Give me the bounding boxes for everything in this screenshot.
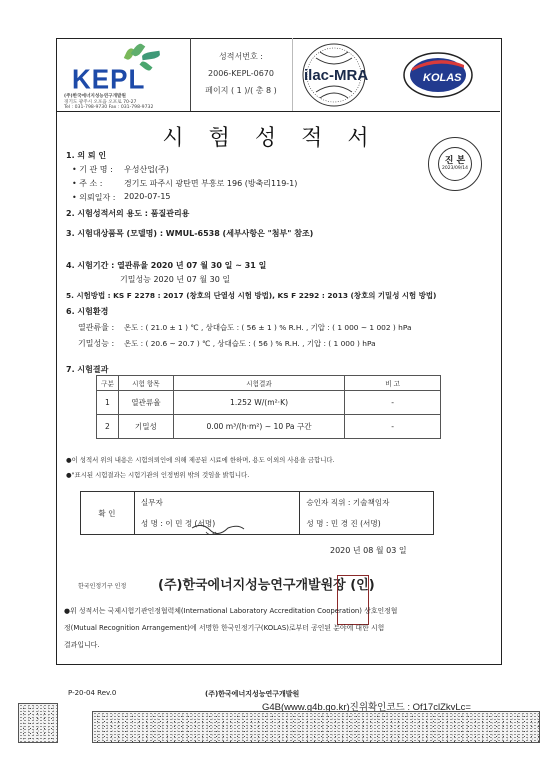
client-org-value: 우성산업(주): [124, 164, 169, 175]
col-header-remark: 비 고: [345, 376, 441, 391]
cert-number: 2006-KEPL-0670: [190, 65, 292, 82]
approver-role: 승인자 직위 : 기술책임자: [300, 492, 434, 514]
mra-note-line-2: 정(Mutual Recognition Arrangement)에 서명한 한…: [64, 622, 384, 632]
cell-item: 열관류율: [118, 391, 173, 415]
svg-text:KOLAS: KOLAS: [423, 72, 462, 84]
note-1: ●이 성적서 위의 내용은 시험의뢰인에 의해 제공된 시료에 한하며, 용도 …: [66, 455, 335, 464]
table-row: 2 기밀성 0.00 m³/(h·m²) ~ 10 Pa 구간 -: [97, 415, 441, 439]
cell-remark: -: [345, 391, 441, 415]
section-4-period: 4. 시험기간 : 열관류율 2020 년 07 월 30 일 ~ 31 일: [66, 260, 266, 271]
cell-no: 1: [97, 391, 119, 415]
env-row-2-value: 온도 : ( 20.6 ~ 20.7 ) ℃ , 상대습도 : ( 56 ) %…: [124, 338, 376, 349]
col-header-result: 시험결과: [173, 376, 345, 391]
col-header-item: 시험 항목: [118, 376, 173, 391]
issue-date: 2020 년 08 월 03 일: [330, 545, 407, 556]
2d-barcode: [92, 711, 540, 743]
cert-number-block: 성적서번호 : 2006-KEPL-0670 페이지 ( 1 )/( 총 8 ): [190, 38, 293, 111]
mra-note-line-3: 결과입니다.: [64, 639, 99, 649]
ilac-mra-logo: ilac-MRA: [292, 38, 396, 111]
client-address-value: 경기도 파주시 광탄면 부흥로 196 (방축리119-1): [124, 178, 297, 189]
section-2-purpose: 2. 시험성적서의 용도 : 품질관리용: [66, 208, 189, 219]
form-code: P-20-04 Rev.0: [68, 689, 116, 697]
org-contact-small: Tel : 031-798-9730 Fax : 031-798-9732: [64, 105, 153, 110]
leaf-icon: [142, 51, 161, 60]
note-2: ●"표시된 시험결과는 시험기관의 인정범위 밖의 것임을 밝힙니다.: [66, 470, 249, 479]
page-info: 페이지 ( 1 )/( 총 8 ): [190, 82, 292, 99]
section-6-label: 6. 시험환경: [66, 306, 108, 317]
section-1-label: 1. 의 뢰 인: [66, 150, 106, 161]
section-5-method: 5. 시험방법 : KS F 2278 : 2017 (창호의 단열성 시험 방…: [66, 290, 436, 301]
accreditation-label: 한국인정기구 인정: [78, 581, 126, 590]
kepl-logo-block: KEPL (주)한국에너지성능연구개발원 경기도 광주시 오포읍 오포로 70-…: [56, 38, 191, 111]
section-7-label: 7. 시험결과: [66, 364, 108, 375]
official-seal: [337, 575, 369, 625]
results-table: 구분 시험 항목 시험결과 비 고 1 열관류율 1.252 W/(m²·K) …: [96, 375, 441, 439]
env-row-1-label: 열관류율 :: [78, 322, 114, 333]
kepl-logo-text: KEPL: [72, 63, 145, 96]
section-4-period-airtight: 기밀성능 2020 년 07 월 30 일: [120, 274, 230, 285]
kolas-icon: KOLAS: [396, 38, 500, 111]
cell-remark: -: [345, 415, 441, 439]
cell-no: 2: [97, 415, 119, 439]
footer-org-name: (주)한국에너지성능연구개발원: [205, 689, 299, 699]
client-address-label: • 주 소 :: [72, 178, 103, 189]
approver-name: 성 명 : 민 경 진 (서명): [300, 513, 434, 535]
staff-signature-icon: [188, 520, 248, 538]
cert-number-label: 성적서번호 :: [190, 48, 292, 65]
svg-text:ilac-MRA: ilac-MRA: [304, 67, 368, 84]
stamp-text: 진 본: [439, 153, 471, 166]
cell-item: 기밀성: [118, 415, 173, 439]
confirmation-table: 확 인 실무자 승인자 직위 : 기술책임자 성 명 : 이 민 정 (서명) …: [80, 491, 434, 535]
kolas-logo: KOLAS: [396, 38, 500, 111]
mra-note-line-1: ●위 성적서는 국제시험기관인정협력체(International Labora…: [64, 605, 397, 615]
certificate-header: KEPL (주)한국에너지성능연구개발원 경기도 광주시 오포읍 오포로 70-…: [56, 38, 500, 112]
env-row-2-label: 기밀성능 :: [78, 338, 114, 349]
request-date-value: 2020-07-15: [124, 192, 171, 201]
results-table-header: 구분 시험 항목 시험결과 비 고: [97, 376, 441, 391]
table-row: 1 열관류율 1.252 W/(m²·K) -: [97, 391, 441, 415]
client-org-label: • 기 관 명 :: [72, 164, 113, 175]
env-row-1-value: 온도 : ( 21.0 ± 1 ) ℃ , 상대습도 : ( 56 ± 1 ) …: [124, 322, 411, 333]
qr-code: [18, 703, 58, 743]
authenticity-stamp: 진 본 2023/09/14: [428, 137, 482, 191]
stamp-date: 2023/09/14: [439, 166, 471, 171]
cell-result: 1.252 W/(m²·K): [173, 391, 345, 415]
confirmation-label: 확 인: [81, 492, 135, 535]
request-date-label: • 의뢰일자 :: [72, 192, 115, 203]
col-header-no: 구분: [97, 376, 119, 391]
staff-role: 실무자: [134, 492, 300, 514]
section-3-item: 3. 시험대상품목 (모델명) : WMUL-6538 (세부사항은 "첨부" …: [66, 228, 313, 239]
cell-result: 0.00 m³/(h·m²) ~ 10 Pa 구간: [173, 415, 345, 439]
ilac-mra-icon: ilac-MRA: [292, 38, 396, 111]
